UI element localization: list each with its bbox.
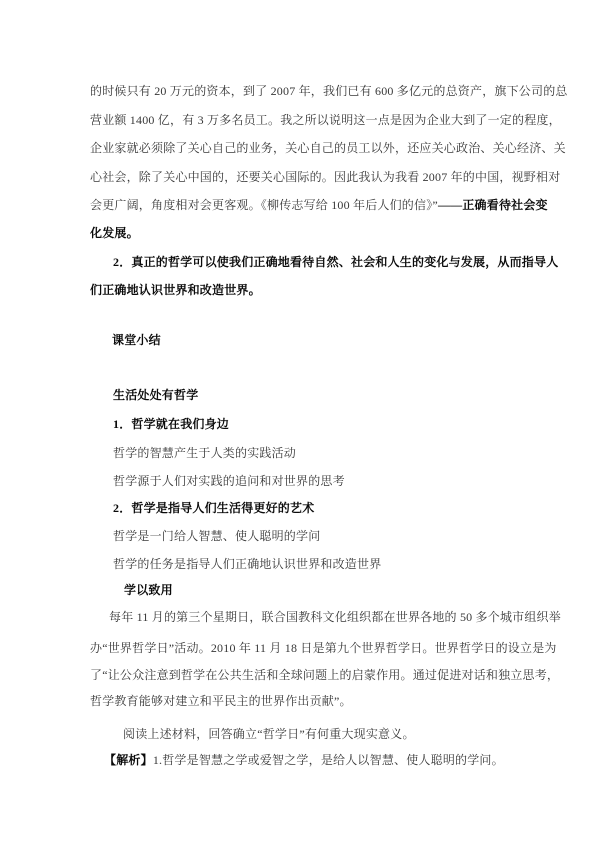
text-line: 哲学的任务是指导人们正确地认识世界和改造世界 [113,557,381,572]
text-line: 们正确地认识世界和改造世界。 [90,283,261,298]
text-line: 的时候只有 20 万元的资本，到了 2007 年，我们已有 600 多亿元的总资… [90,84,568,99]
text-line: 企业家就必须除了关心自己的业务，关心自己的员工以外，还应关心政治、关心经济、关 [90,141,566,156]
text-line: 【解析】1.哲学是智慧之学或爱智之学，是给人以智慧、使人聪明的学问。 [104,753,504,768]
text-segment: 哲学的智慧产生于人类的实践活动 [113,446,296,460]
text-line: 化发展。 [90,226,139,241]
text-line: 课堂小结 [112,333,161,348]
text-segment-bold: ——正确看待社会变 [438,198,548,212]
text-segment-bold: 2．哲学是指导人们生活得更好的艺术 [113,501,314,515]
text-line: 哲学是一门给人智慧、使人聪明的学问 [113,529,320,544]
text-line: 2．哲学是指导人们生活得更好的艺术 [113,501,314,516]
text-line: 1．哲学就在我们身边 [113,417,229,432]
text-line: 哲学教育能够对建立和平民主的世界作出贡献”。 [90,694,352,709]
text-line: 每年 11 月的第三个星期日，联合国教科文化组织都在世界各地的 50 多个城市组… [109,610,561,625]
text-segment-bold: 1．哲学就在我们身边 [113,417,229,431]
text-line: 哲学源于人们对实践的追问和对世界的思考 [113,474,345,489]
text-segment: 哲学是一门给人智慧、使人聪明的学问 [113,529,320,543]
text-segment: 每年 11 月的第三个星期日，联合国教科文化组织都在世界各地的 50 多个城市组… [109,610,561,624]
text-segment-bold: 【解析】 [104,753,153,767]
document-page: 的时候只有 20 万元的资本，到了 2007 年，我们已有 600 多亿元的总资… [0,0,595,842]
text-segment: 企业家就必须除了关心自己的业务，关心自己的员工以外，还应关心政治、关心经济、关 [90,141,566,155]
text-segment-bold: 学以致用 [124,583,173,597]
text-line: 营业额 1400 亿，有 3 万多名员工。我之所以说明这一点是因为企业大到了一定… [90,113,561,128]
text-segment: 哲学教育能够对建立和平民主的世界作出贡献”。 [90,694,352,708]
text-line: 会更广阔，角度相对会更客观。《柳传志写给 100 年后人们的信》”——正确看待社… [90,198,548,213]
text-segment: 了“让公众注意到哲学在公共生活和全球问题上的启蒙作用。通过促进对话和独立思考， [90,668,559,682]
text-segment-bold: 生活处处有哲学 [113,388,198,402]
text-segment: 阅读上述材料，回答确立“哲学日”有何重大现实意义。 [123,727,415,741]
text-segment-bold: 2．真正的哲学可以使我们正确地看待自然、社会和人生的变化与发展，从而指导人 [113,255,558,269]
text-segment: 会更广阔，角度相对会更客观。《柳传志写给 100 年后人们的信》” [90,198,438,212]
text-line: 办“世界哲学日”活动。2010 年 11 月 18 日是第九个世界哲学日。世界哲… [90,641,557,656]
text-segment: 哲学的任务是指导人们正确地认识世界和改造世界 [113,557,381,571]
text-segment-bold: 化发展。 [90,226,139,240]
text-line: 了“让公众注意到哲学在公共生活和全球问题上的启蒙作用。通过促进对话和独立思考， [90,668,559,683]
text-line: 生活处处有哲学 [113,388,198,403]
text-line: 学以致用 [124,583,173,598]
text-segment: 心社会，除了关心中国的，还要关心国际的。因此我认为我看 2007 年的中国，视野… [90,170,560,184]
text-line: 阅读上述材料，回答确立“哲学日”有何重大现实意义。 [123,727,415,742]
text-segment-bold: 课堂小结 [112,333,161,347]
text-segment: 的时候只有 20 万元的资本，到了 2007 年，我们已有 600 多亿元的总资… [90,84,568,98]
text-segment: 1.哲学是智慧之学或爱智之学，是给人以智慧、使人聪明的学问。 [153,753,504,767]
text-segment: 办“世界哲学日”活动。2010 年 11 月 18 日是第九个世界哲学日。世界哲… [90,641,557,655]
text-segment: 营业额 1400 亿，有 3 万多名员工。我之所以说明这一点是因为企业大到了一定… [90,113,561,127]
text-segment-bold: 们正确地认识世界和改造世界。 [90,283,261,297]
text-segment: 哲学源于人们对实践的追问和对世界的思考 [113,474,345,488]
text-line: 心社会，除了关心中国的，还要关心国际的。因此我认为我看 2007 年的中国，视野… [90,170,560,185]
text-line: 2．真正的哲学可以使我们正确地看待自然、社会和人生的变化与发展，从而指导人 [113,255,558,270]
text-line: 哲学的智慧产生于人类的实践活动 [113,446,296,461]
